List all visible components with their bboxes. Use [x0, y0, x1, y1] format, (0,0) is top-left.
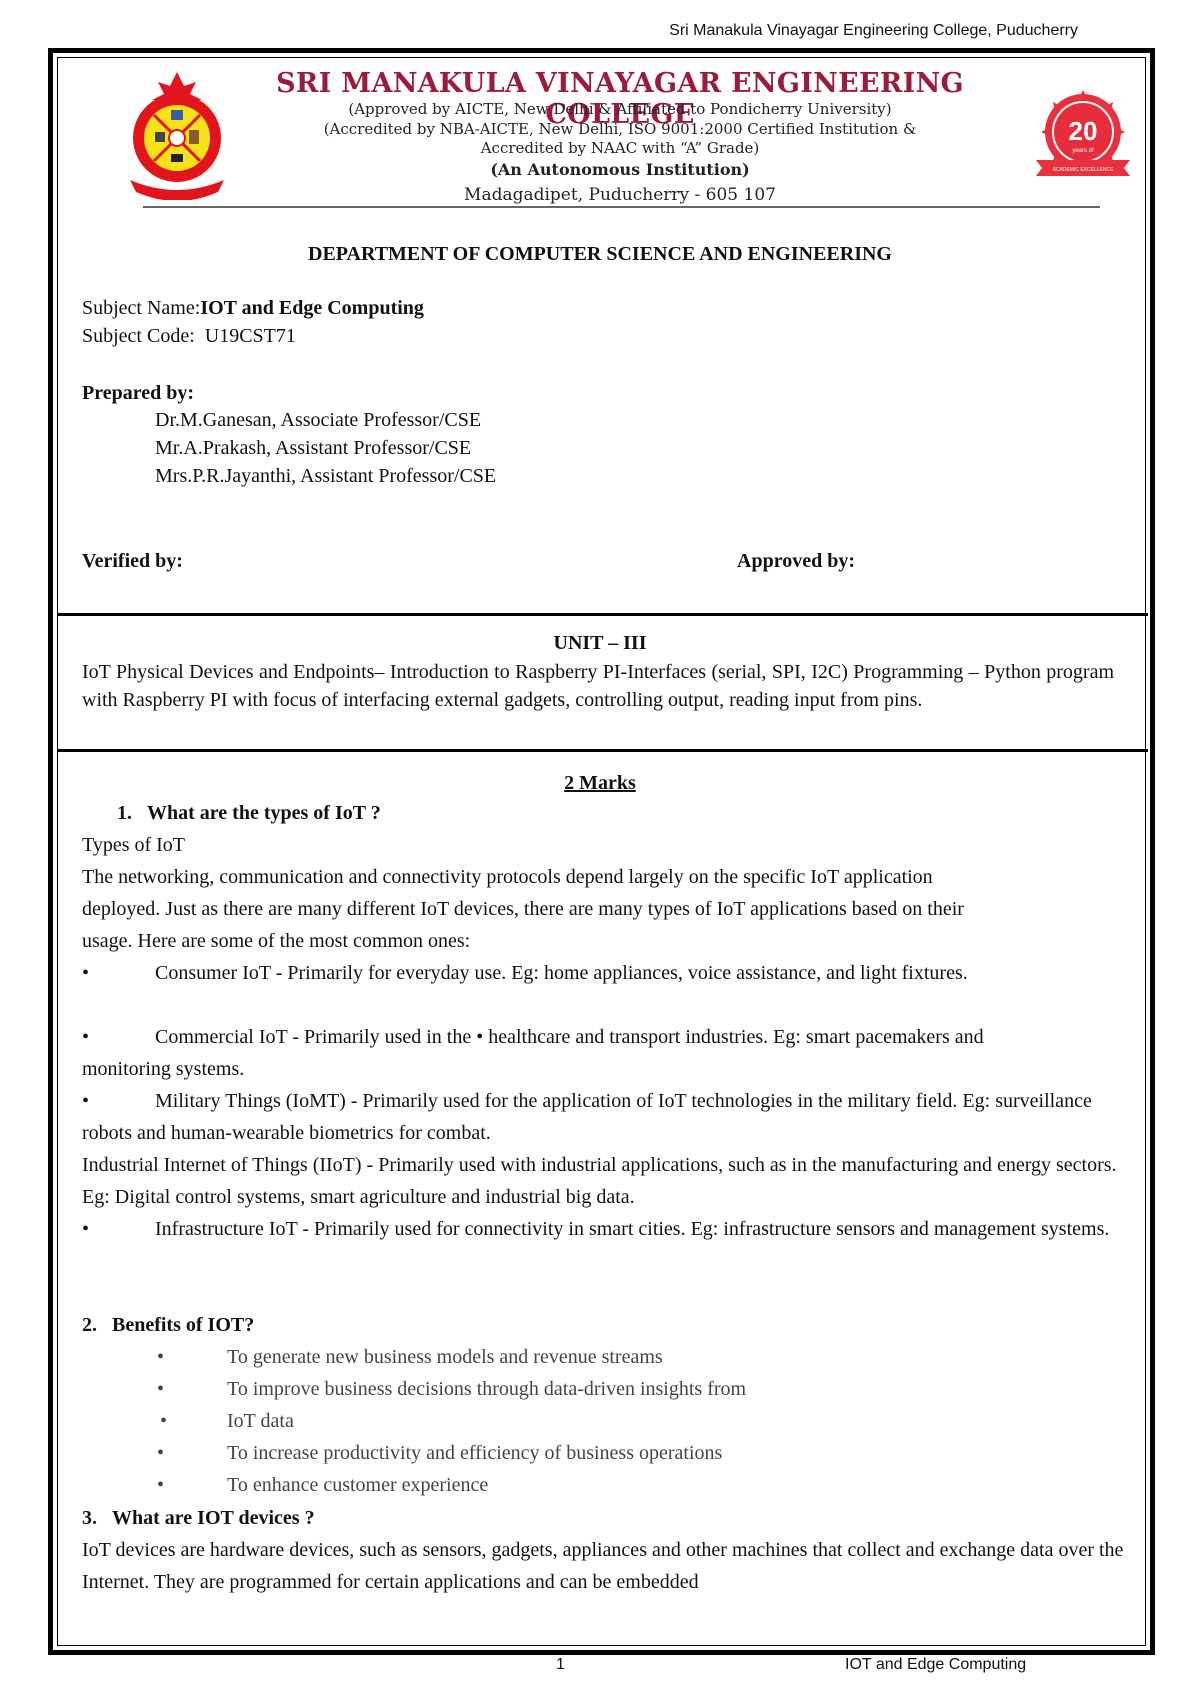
list-item-text: To increase productivity and efficiency … [227, 1437, 722, 1469]
unit-syllabus: IoT Physical Devices and Endpoints– Intr… [82, 658, 1114, 714]
bullet: • [82, 957, 155, 989]
svg-text:years of: years of [1072, 148, 1094, 154]
marks-section-label: 2 Marks [564, 772, 636, 794]
subject-name: Subject Name:IOT and Edge Computing [82, 297, 424, 320]
marks-section-title: 2 Marks [60, 772, 1140, 795]
subject-code-value: U19CST71 [205, 325, 296, 347]
verified-by-label: Verified by: [82, 550, 183, 573]
bullet: • [82, 1213, 155, 1245]
accreditation-line: (Accredited by NBA-AICTE, New Delhi, ISO… [230, 120, 1010, 138]
list-item: •Military Things (IoMT) - Primarily used… [82, 1085, 1102, 1149]
anniversary-badge-icon: 20 years of ACADEMIC EXCELLENCE [1028, 90, 1138, 190]
list-item-text: Infrastructure IoT - Primarily used for … [155, 1218, 1109, 1240]
list-item-text: To generate new business models and reve… [227, 1341, 663, 1373]
unit-title: UNIT – III [60, 632, 1140, 655]
divider [58, 613, 1148, 616]
bullet: • [157, 1373, 164, 1405]
list-item: •Infrastructure IoT - Primarily used for… [82, 1213, 1132, 1245]
bullet: • [160, 1405, 167, 1437]
question-3-answer: IoT devices are hardware devices, such a… [82, 1534, 1132, 1598]
question-2-title: 2. Benefits of IOT? [82, 1309, 1142, 1341]
college-crest-icon [122, 70, 232, 200]
question-text: What are the types of IoT ? [147, 802, 381, 824]
subject-code-label: Subject Code: [82, 325, 195, 347]
question-1-intro: The networking, communication and connec… [82, 861, 1012, 957]
bullet: • [157, 1437, 164, 1469]
list-item-text: Commercial IoT - Primarily used in the •… [82, 1026, 984, 1080]
prepared-by-label: Prepared by: [82, 382, 194, 405]
question-text: Benefits of IOT? [112, 1314, 254, 1336]
subject-code: Subject Code: U19CST71 [82, 325, 296, 348]
question-1-title: 1. What are the types of IoT ? [117, 797, 1177, 829]
bullet: • [82, 1021, 155, 1053]
preparer-2: Mr.A.Prakash, Assistant Professor/CSE [155, 437, 471, 460]
subject-name-value: IOT and Edge Computing [200, 297, 424, 319]
footer-title: IOT and Edge Computing [845, 1656, 1026, 1674]
running-header: Sri Manakula Vinayagar Engineering Colle… [669, 22, 1078, 40]
approved-by-label: Approved by: [737, 550, 855, 573]
list-item-text: Military Things (IoMT) - Primarily used … [82, 1090, 1092, 1144]
list-item-text: Industrial Internet of Things (IIoT) - P… [82, 1154, 1117, 1208]
page-number: 1 [556, 1656, 565, 1674]
letterhead-rule [143, 206, 1100, 208]
bullet: • [157, 1341, 164, 1373]
list-item-text: IoT data [227, 1405, 294, 1437]
preparer-3: Mrs.P.R.Jayanthi, Assistant Professor/CS… [155, 465, 496, 488]
list-item: •Commercial IoT - Primarily used in the … [82, 1021, 1072, 1085]
question-number: 2. [82, 1314, 97, 1336]
subject-name-label: Subject Name: [82, 297, 200, 319]
preparer-1: Dr.M.Ganesan, Associate Professor/CSE [155, 409, 481, 432]
letterhead: SRI MANAKULA VINAYAGAR ENGINEERING COLLE… [60, 60, 1140, 210]
list-item-text: To improve business decisions through da… [227, 1373, 746, 1405]
question-number: 1. [117, 802, 132, 824]
naac-line: Accredited by NAAC with “A” Grade) [230, 139, 1010, 157]
list-item: •Consumer IoT - Primarily for everyday u… [82, 957, 1082, 989]
question-number: 3. [82, 1507, 97, 1529]
question-3-title: 3. What are IOT devices ? [82, 1502, 1142, 1534]
autonomous-line: (An Autonomous Institution) [230, 160, 1010, 179]
divider [58, 749, 1148, 752]
svg-text:ACADEMIC EXCELLENCE: ACADEMIC EXCELLENCE [1053, 167, 1115, 173]
svg-text:20: 20 [1069, 116, 1098, 146]
question-1-subheading: Types of IoT [82, 829, 1142, 861]
department-title: DEPARTMENT OF COMPUTER SCIENCE AND ENGIN… [60, 243, 1140, 266]
list-item-text: To enhance customer experience [227, 1469, 488, 1501]
bullet: • [157, 1469, 164, 1501]
question-text: What are IOT devices ? [112, 1507, 315, 1529]
list-item-text: Consumer IoT - Primarily for everyday us… [155, 962, 968, 984]
address-line: Madagadipet, Puducherry - 605 107 [230, 185, 1010, 205]
bullet: • [82, 1085, 155, 1117]
approval-line: (Approved by AICTE, New Delhi & Affiliat… [230, 100, 1010, 118]
list-item: Industrial Internet of Things (IIoT) - P… [82, 1149, 1122, 1213]
